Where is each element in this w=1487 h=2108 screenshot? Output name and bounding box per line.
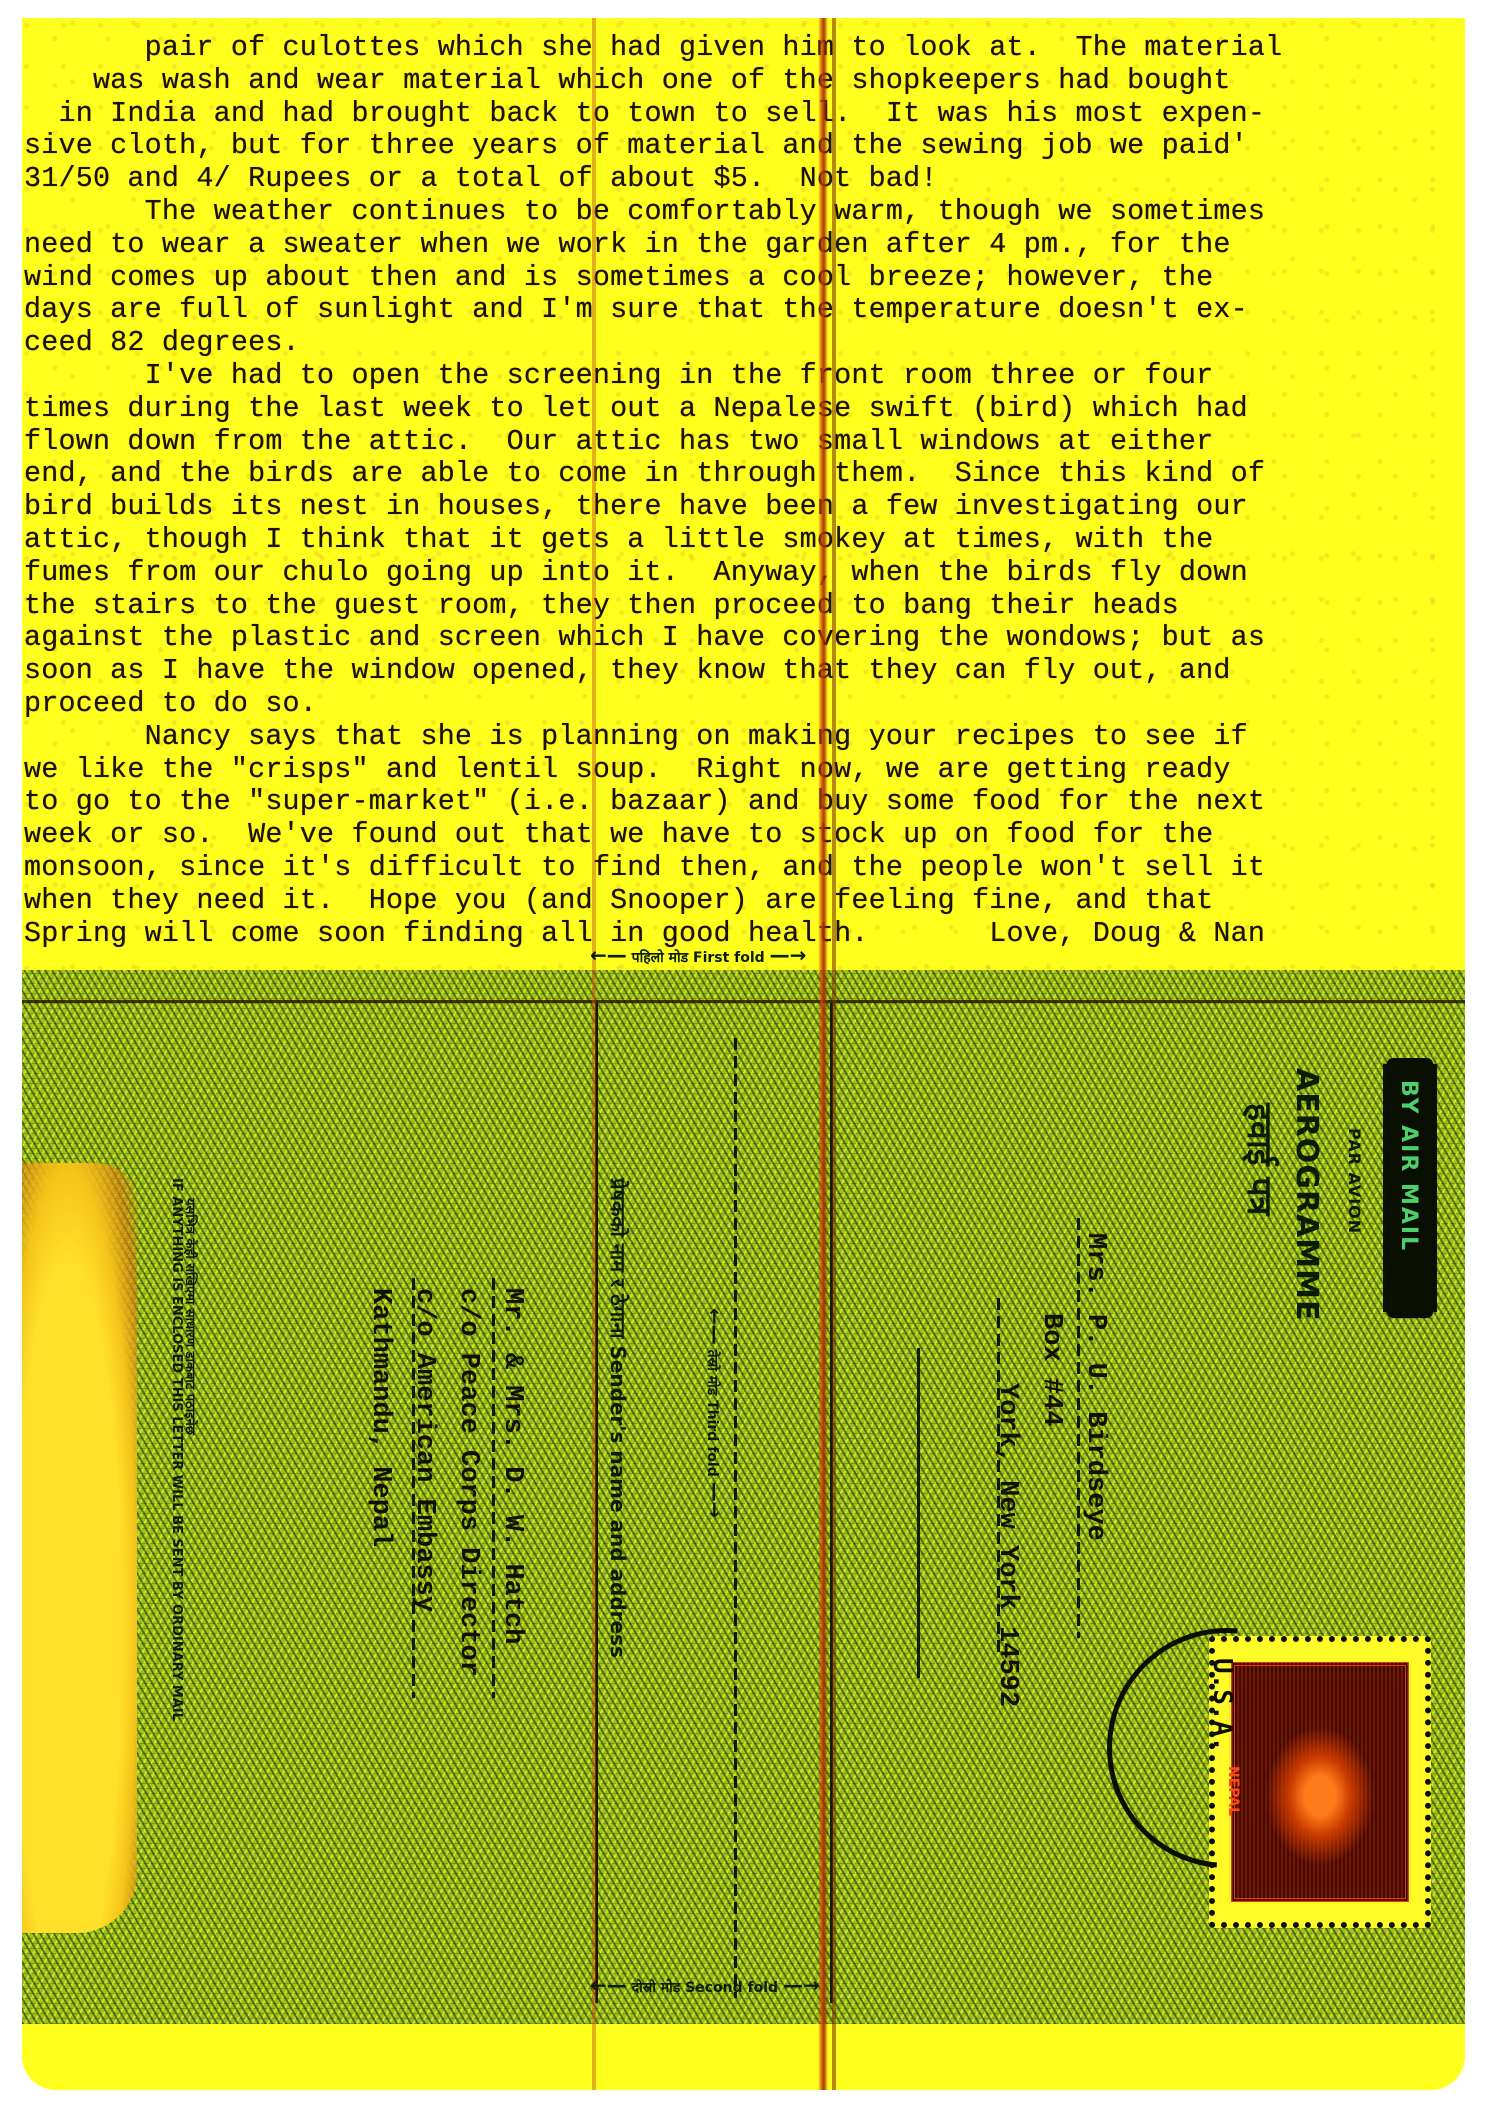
aerogramme-sheet: pair of culottes which she had given him… bbox=[22, 18, 1465, 2090]
letter-line: flown down from the attic. Our attic has… bbox=[24, 426, 1464, 459]
recipient-line-3 bbox=[917, 1348, 920, 1678]
sender-line-peace-corps: c/o Peace Corps Director bbox=[439, 1288, 483, 1677]
letter-line: attic, though I think that it gets a lit… bbox=[24, 524, 1464, 557]
letter-line: Nancy says that she is planning on makin… bbox=[24, 721, 1464, 754]
fold-crease-dark bbox=[832, 18, 836, 2090]
third-fold-dashed-line bbox=[734, 1038, 737, 1998]
letter-line: times during the last week to let out a … bbox=[24, 393, 1464, 426]
letter-line: monsoon, since it's difficult to find th… bbox=[24, 852, 1464, 885]
letter-line: soon as I have the window opened, they k… bbox=[24, 655, 1464, 688]
letter-line: when they need it. Hope you (and Snooper… bbox=[24, 885, 1464, 918]
enclosure-warning: IF ANYTHING IS ENCLOSED THIS LETTER WILL… bbox=[169, 1178, 184, 1721]
postmark-text: U.S.A. bbox=[1207, 1658, 1237, 1752]
letter-line: fumes from our chulo going up into it. A… bbox=[24, 557, 1464, 590]
third-fold-label: ←— तेस्रो मोड Third fold —→ bbox=[703, 1308, 722, 1518]
letter-line: proceed to do so. bbox=[24, 688, 1464, 721]
letter-line: wind comes up about then and is sometime… bbox=[24, 262, 1464, 295]
arrow-right-icon: —→ bbox=[703, 1482, 727, 1519]
letter-line: week or so. We've found out that we have… bbox=[24, 819, 1464, 852]
letter-line: 31/50 and 4/ Rupees or a total of about … bbox=[24, 163, 1464, 196]
letter-line: sive cloth, but for three years of mater… bbox=[24, 130, 1464, 163]
arrow-right-icon: —→ bbox=[783, 1973, 820, 1997]
glue-flap-stain bbox=[22, 1163, 137, 1933]
sender-line-city: Kathmandu, Nepal bbox=[351, 1288, 395, 1677]
sender-line-embassy: c/o American Embassy bbox=[395, 1288, 439, 1677]
letter-line: ceed 82 degrees. bbox=[24, 327, 1464, 360]
arrow-left-icon: ←— bbox=[590, 1973, 627, 1997]
fold-crease-faint bbox=[592, 18, 596, 2090]
typed-letter: pair of culottes which she had given him… bbox=[24, 32, 1464, 950]
letter-line: need to wear a sweater when we work in t… bbox=[24, 229, 1464, 262]
by-air-mail-text: BY AIR MAIL bbox=[1396, 1080, 1421, 1252]
aerogramme-title: AEROGRAMME bbox=[1289, 1068, 1324, 1321]
recipient-address: Mrs. P. U. Birdseye Box #44 York, New Yo… bbox=[978, 1233, 1110, 1707]
second-fold-text: दोस्रो मोड Second fold bbox=[632, 1980, 778, 1996]
letter-line: was wash and wear material which one of … bbox=[24, 65, 1464, 98]
letter-line: bird builds its nest in houses, there ha… bbox=[24, 491, 1464, 524]
letter-line: the stairs to the guest room, they then … bbox=[24, 590, 1464, 623]
sender-address: Mr. & Mrs. D. W. Hatch c/o Peace Corps D… bbox=[351, 1288, 527, 1677]
letter-line: Spring will come soon finding all in goo… bbox=[24, 918, 1464, 951]
fold-crease-stain bbox=[818, 18, 828, 2090]
recipient-city: York, New York 14592 bbox=[978, 1233, 1022, 1707]
letter-line: we like the "crisps" and lentil soup. Ri… bbox=[24, 754, 1464, 787]
first-fold-line bbox=[22, 1000, 1465, 1003]
letter-line: I've had to open the screening in the fr… bbox=[24, 360, 1464, 393]
by-air-mail-badge: BY AIR MAIL bbox=[1387, 1058, 1433, 1318]
par-avion-text: PAR AVION bbox=[1345, 1128, 1364, 1234]
letter-line: in India and had brought back to town to… bbox=[24, 98, 1464, 131]
letter-line: days are full of sunlight and I'm sure t… bbox=[24, 294, 1464, 327]
sender-name: Mr. & Mrs. D. W. Hatch bbox=[483, 1288, 527, 1677]
letter-line: end, and the birds are able to come in t… bbox=[24, 458, 1464, 491]
first-fold-label: ←— पहिलो मोड First fold —→ bbox=[590, 948, 806, 967]
arrow-left-icon: ←— bbox=[590, 943, 627, 967]
arrow-right-icon: —→ bbox=[770, 943, 807, 967]
third-fold-text: तेस्रो मोड Third fold bbox=[704, 1350, 720, 1477]
bottom-flap bbox=[22, 2024, 1465, 2090]
letter-line: The weather continues to be comfortably … bbox=[24, 196, 1464, 229]
aerogramme-title-devanagari: हवाई पत्र bbox=[1238, 1103, 1284, 1215]
recipient-name: Mrs. P. U. Birdseye bbox=[1066, 1233, 1110, 1707]
letter-line: against the plastic and screen which I h… bbox=[24, 622, 1464, 655]
sender-address-label: प्रेषकको नाम र ठेगाना Sender's name and … bbox=[605, 1178, 632, 1658]
enclosure-warning-devanagari: यसभित्र केही राखिएमा साधारण डाकबाट पठाइन… bbox=[182, 1198, 200, 1435]
letter-line: pair of culottes which she had given him… bbox=[24, 32, 1464, 65]
arrow-left-icon: ←— bbox=[703, 1308, 727, 1345]
second-fold-label: ←— दोस्रो मोड Second fold —→ bbox=[590, 1978, 820, 1997]
first-fold-text: पहिलो मोड First fold bbox=[632, 950, 765, 966]
letter-line: to go to the "super-market" (i.e. bazaar… bbox=[24, 786, 1464, 819]
recipient-box: Box #44 bbox=[1022, 1233, 1066, 1707]
